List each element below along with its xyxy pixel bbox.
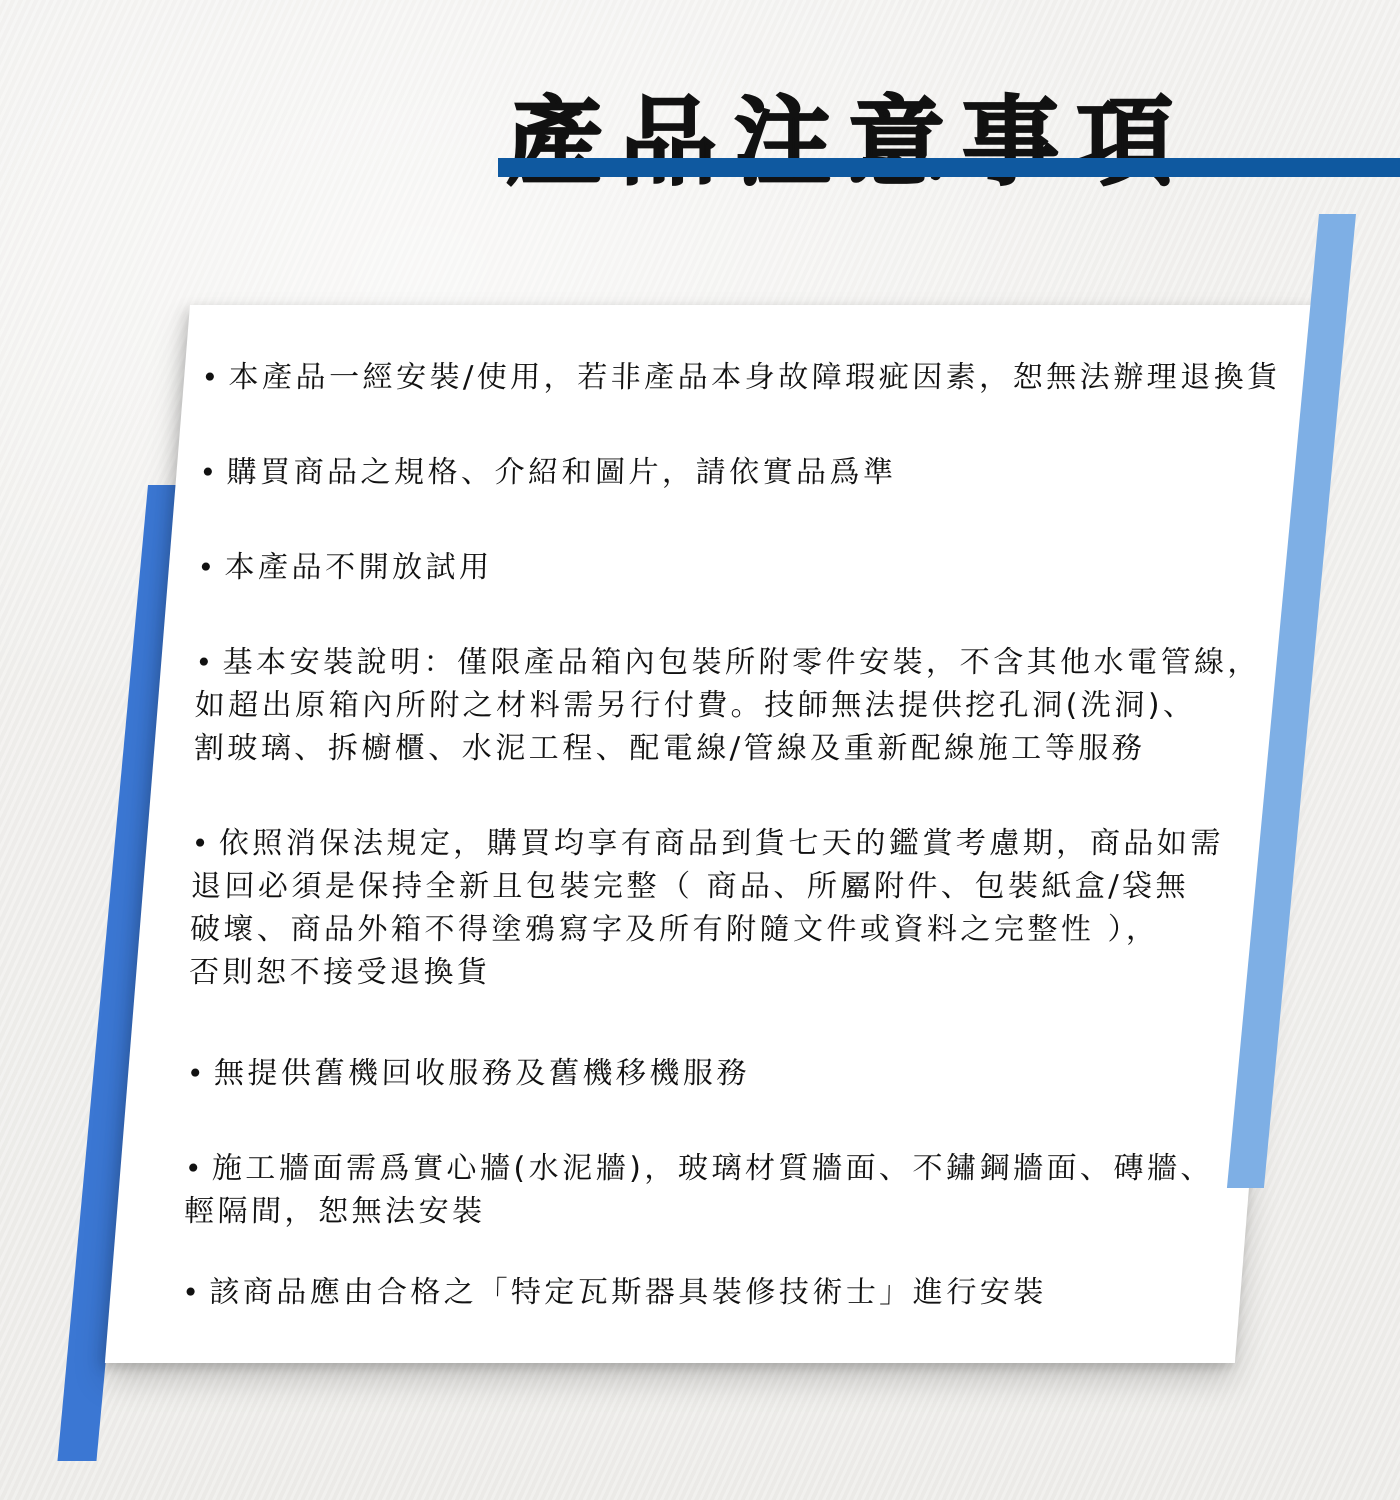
- notice-line: •依照消保法規定，購買均享有商品到貨七天的鑑賞考慮期，商品如需: [191, 822, 1317, 865]
- notice-line: 如超出原箱內所附之材料需另行付費。技師無法提供挖孔洞(洗洞)、: [194, 684, 1320, 727]
- notice-line: 破壞、商品外箱不得塗鴉寫字及所有附隨文件或資料之完整性 ），: [190, 908, 1316, 951]
- bullet-dot: •: [197, 546, 225, 589]
- notice-text: 該商品應由合格之「特定瓦斯器具裝修技術士」進行安裝: [209, 1275, 1047, 1310]
- notice-line: •施工牆面需爲實心牆(水泥牆)，玻璃材質牆面、不鏽鋼牆面、磚牆、: [185, 1147, 1311, 1190]
- bullet-dot: •: [185, 1147, 213, 1190]
- notice-line: •本產品一經安裝/使用，若非產品本身故障瑕疵因素，恕無法辦理退換貨: [201, 356, 1327, 399]
- bullet-dot: •: [182, 1271, 210, 1314]
- notice-text: 本產品一經安裝/使用，若非產品本身故障瑕疵因素，恕無法辦理退換貨: [228, 360, 1281, 395]
- notice-line: 退回必須是保持全新且包裝完整（ 商品、所屬附件、包裝紙盒/袋無: [190, 865, 1316, 908]
- notice-line: •購買商品之規格、介紹和圖片，請依實品爲準: [199, 451, 1325, 494]
- notice-text: 購買商品之規格、介紹和圖片，請依實品爲準: [226, 455, 897, 490]
- notice-item: •本產品一經安裝/使用，若非產品本身故障瑕疵因素，恕無法辦理退換貨: [201, 356, 1327, 399]
- notice-list: •本產品一經安裝/使用，若非產品本身故障瑕疵因素，恕無法辦理退換貨 •購買商品之…: [181, 356, 1327, 1366]
- notice-line: 否則恕不接受退換貨: [189, 951, 1315, 994]
- notice-line: •該商品應由合格之「特定瓦斯器具裝修技術士」進行安裝: [182, 1271, 1308, 1314]
- notice-item: •基本安裝說明：僅限產品箱內包裝所附零件安裝，不含其他水電管線， 如超出原箱內所…: [193, 641, 1321, 770]
- bullet-dot: •: [199, 451, 227, 494]
- title-underline-bar: [498, 158, 1400, 177]
- bullet-dot: •: [201, 356, 229, 399]
- notice-item: •本產品不開放試用: [197, 546, 1323, 589]
- bullet-dot: •: [191, 822, 219, 865]
- notice-line: 輕隔間，恕無法安裝: [184, 1190, 1310, 1233]
- page-title: 產品注意事項: [498, 89, 1198, 198]
- notice-text: 施工牆面需爲實心牆(水泥牆)，玻璃材質牆面、不鏽鋼牆面、磚牆、: [212, 1151, 1215, 1186]
- notice-text: 本產品不開放試用: [224, 550, 493, 585]
- notice-item: •無提供舊機回收服務及舊機移機服務: [187, 1052, 1313, 1095]
- bullet-dot: •: [195, 641, 223, 684]
- notice-item: •該商品應由合格之「特定瓦斯器具裝修技術士」進行安裝: [182, 1271, 1308, 1314]
- notice-line: 割玻璃、拆櫥櫃、水泥工程、配電線/管線及重新配線施工等服務: [193, 727, 1319, 770]
- bullet-dot: •: [187, 1052, 215, 1095]
- notice-text: 無提供舊機回收服務及舊機移機服務: [214, 1056, 751, 1091]
- notice-item: •購買商品之規格、介紹和圖片，請依實品爲準: [199, 451, 1325, 494]
- notice-item: •依照消保法規定，購買均享有商品到貨七天的鑑賞考慮期，商品如需 退回必須是保持全…: [189, 822, 1318, 994]
- notice-line: •本產品不開放試用: [197, 546, 1323, 589]
- notice-text: 基本安裝說明：僅限產品箱內包裝所附零件安裝，不含其他水電管線，: [222, 645, 1261, 680]
- page-background: { "title": "產品注意事項", "bullet": "•", "col…: [0, 0, 1400, 1500]
- notice-line: •無提供舊機回收服務及舊機移機服務: [187, 1052, 1313, 1095]
- notice-line: •基本安裝說明：僅限產品箱內包裝所附零件安裝，不含其他水電管線，: [195, 641, 1321, 684]
- notice-text: 依照消保法規定，購買均享有商品到貨七天的鑑賞考慮期，商品如需: [218, 826, 1224, 861]
- notice-item: •施工牆面需爲實心牆(水泥牆)，玻璃材質牆面、不鏽鋼牆面、磚牆、 輕隔間，恕無法…: [184, 1147, 1311, 1233]
